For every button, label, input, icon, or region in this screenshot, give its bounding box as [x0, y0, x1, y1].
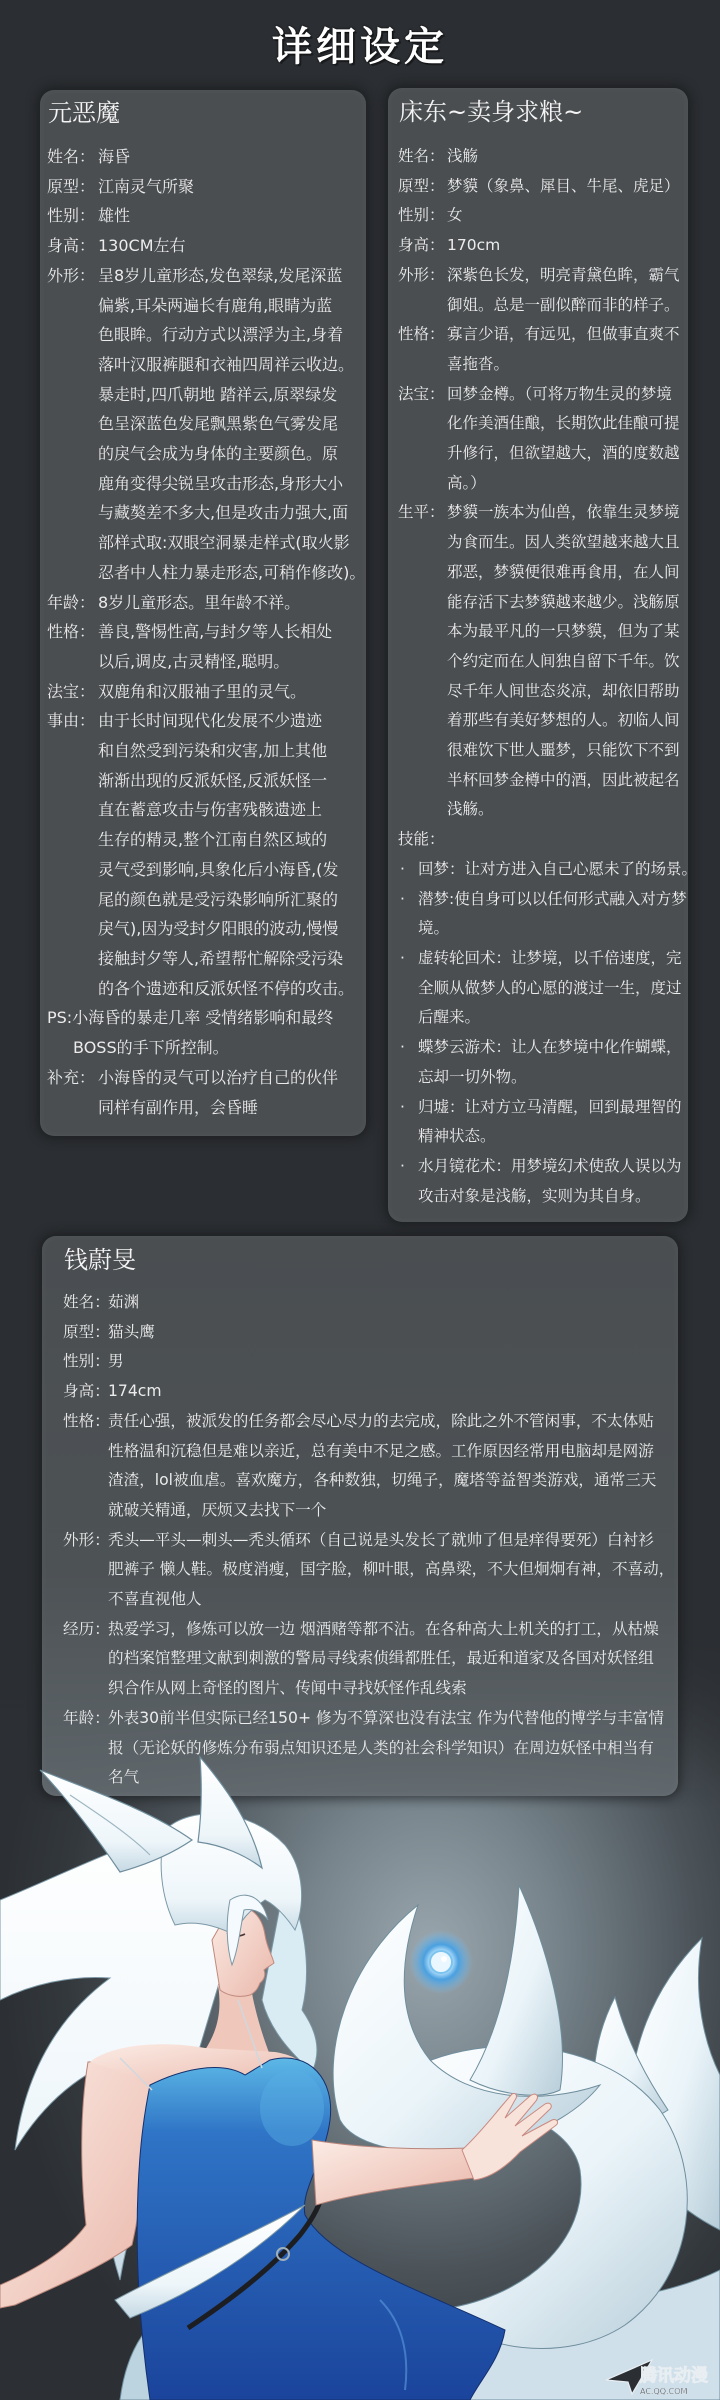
field-value: 秃头—平头—刺头—秃头循环（自己说是头发长了就帅了但是痒得要死）白衬衫 肥裤子 …	[108, 1526, 674, 1615]
field-row-treasure: 法宝：双鹿角和汉服袖子里的灵气。	[47, 677, 366, 707]
field-value: 深紫色长发，明亮青黛色眸，霸气 御姐。总是一副似醉而非的样子。	[447, 261, 680, 320]
bullet-icon: ·	[400, 885, 418, 944]
field-label: 外形：	[63, 1526, 108, 1615]
field-label: 姓名：	[398, 142, 447, 172]
field-value: 梦貘一族本为仙兽，依靠生灵梦境 为食而生。因人类欲望越来越大且 邪恶，梦貘便很难…	[447, 498, 680, 825]
field-row-gender: 性别：女	[398, 201, 688, 231]
field-value: 梦貘（象鼻、犀目、牛尾、虎足）	[447, 172, 680, 202]
field-label: 生平：	[398, 498, 447, 825]
field-value: 回梦金樽。（可将万物生灵的梦境 化作美酒佳酿，长期饮此佳酿可提 升修行，但欲望越…	[447, 380, 680, 499]
field-row-name: 姓名：海昏	[47, 142, 366, 172]
field-value: 174cm	[108, 1377, 162, 1407]
bullet-icon: ·	[400, 944, 418, 1033]
field-value: 由于长时间现代化发展不少遗迹 和自然受到污染和灾害,加上其他 渐渐出现的反派妖怪…	[98, 706, 354, 1003]
field-label: 原型：	[398, 172, 447, 202]
page-title: 详细设定	[0, 22, 720, 72]
field-label: 年龄：	[63, 1704, 108, 1793]
field-value: 外表30前半但实际已经150+ 修为不算深也没有法宝 作为代替他的博学与丰富情 …	[108, 1704, 664, 1793]
field-value: 170cm	[447, 231, 500, 261]
field-value: 浅觞	[447, 142, 478, 172]
field-label: 经历：	[63, 1615, 108, 1704]
field-row-appearance: 外形：秃头—平头—刺头—秃头循环（自己说是头发长了就帅了但是痒得要死）白衬衫 肥…	[63, 1526, 678, 1615]
field-value: 责任心强，被派发的任务都会尽心尽力的去完成，除此之外不管闲事，不太体贴 性格温和…	[108, 1407, 656, 1526]
field-value: 海昏	[98, 142, 130, 172]
field-row-appearance: 外形：呈8岁儿童形态,发色翠绿,发尾深蓝 偏紫,耳朵两遍长有鹿角,眼睛为蓝 色眼…	[47, 261, 366, 588]
character-card-chuang-dong: 床东~卖身求粮~ 姓名：浅觞 原型：梦貘（象鼻、犀目、牛尾、虎足） 性别：女 身…	[388, 88, 688, 1222]
field-value: 双鹿角和汉服袖子里的灵气。	[98, 677, 306, 707]
character-card-yuan-e-mo: 元恶魔 姓名：海昏 原型：江南灵气所聚 性别：雄性 身高：130CM左右 外形：…	[40, 90, 366, 1136]
field-label: 性格：	[398, 320, 447, 379]
field-label: 身高：	[398, 231, 447, 261]
field-row-name: 姓名：茹渊	[63, 1288, 678, 1318]
skill-item: ·蝶梦云游术：让人在梦境中化作蝴蝶， 忘却一切外物。	[400, 1033, 688, 1092]
field-row-life-story: 生平：梦貘一族本为仙兽，依靠生灵梦境 为食而生。因人类欲望越来越大且 邪恶，梦貘…	[398, 498, 688, 825]
field-row-backstory: 事由：由于长时间现代化发展不少遗迹 和自然受到污染和灾害,加上其他 渐渐出现的反…	[47, 706, 366, 1003]
field-label: 姓名：	[63, 1288, 108, 1318]
field-label: 性别：	[47, 201, 98, 231]
skill-text: 归墟：让对方立马清醒，回到最理智的 精神状态。	[418, 1093, 682, 1152]
field-row-gender: 性别：男	[63, 1347, 678, 1377]
skill-item: ·归墟：让对方立马清醒，回到最理智的 精神状态。	[400, 1093, 688, 1152]
field-row-name: 姓名：浅觞	[398, 142, 688, 172]
field-value: 男	[108, 1347, 124, 1377]
field-value: 茹渊	[108, 1288, 139, 1318]
field-row-age: 年龄：8岁儿童形态。里年龄不祥。	[47, 588, 366, 618]
field-label: 年龄：	[47, 588, 98, 618]
field-label: 外形：	[47, 261, 98, 588]
field-value: 小海昏的灵气可以治疗自己的伙伴 同样有副作用，会昏睡	[98, 1063, 338, 1122]
character-title: 床东~卖身求粮~	[398, 90, 688, 134]
field-list: 姓名：浅觞 原型：梦貘（象鼻、犀目、牛尾、虎足） 性别：女 身高：170cm 外…	[398, 142, 688, 1211]
bullet-icon: ·	[400, 1152, 418, 1211]
field-row-height: 身高：170cm	[398, 231, 688, 261]
field-row-personality: 性格：寡言少语，有远见，但做事直爽不 喜拖沓。	[398, 320, 688, 379]
skill-item: ·虚转轮回术：让梦境，以千倍速度，完 全顺从做梦人的心愿的渡过一生，度过 后醒来…	[400, 944, 688, 1033]
field-row-height: 身高：174cm	[63, 1377, 678, 1407]
field-label: 外形：	[398, 261, 447, 320]
ps-note: PS:小海昏的暴走几率 受情绪影响和最终 BOSS的手下所控制。	[47, 1003, 366, 1062]
field-value: 江南灵气所聚	[98, 172, 194, 202]
field-label: 性别：	[398, 201, 447, 231]
field-list: 姓名：茹渊 原型：猫头鹰 性别：男 身高：174cm 性格：责任心强，被派发的任…	[63, 1288, 678, 1793]
field-label: 原型：	[63, 1318, 108, 1348]
field-value: 130CM左右	[98, 231, 186, 261]
bullet-icon: ·	[400, 855, 418, 885]
field-row-personality: 性格：善良,警惕性高,与封夕等人长相处 以后,调皮,古灵精怪,聪明。	[47, 617, 366, 676]
skill-item: ·回梦：让对方进入自己心愿未了的场景。	[400, 855, 688, 885]
character-title: 钱蔚旻	[63, 1238, 678, 1282]
field-list: 姓名：海昏 原型：江南灵气所聚 性别：雄性 身高：130CM左右 外形：呈8岁儿…	[47, 142, 366, 1122]
field-value: 猫头鹰	[108, 1318, 155, 1348]
field-row-gender: 性别：雄性	[47, 201, 366, 231]
bullet-icon: ·	[400, 1033, 418, 1092]
field-row-height: 身高：130CM左右	[47, 231, 366, 261]
skills-heading: 技能：	[398, 825, 688, 855]
field-value: 寡言少语，有远见，但做事直爽不 喜拖沓。	[447, 320, 680, 379]
field-label: 性格：	[63, 1407, 108, 1526]
field-value: 呈8岁儿童形态,发色翠绿,发尾深蓝 偏紫,耳朵两遍长有鹿角,眼睛为蓝 色眼眸。行…	[98, 261, 365, 588]
field-label: 补充：	[47, 1063, 98, 1122]
field-value: 善良,警惕性高,与封夕等人长相处 以后,调皮,古灵精怪,聪明。	[98, 617, 332, 676]
field-label: 性格：	[47, 617, 98, 676]
field-value: 雄性	[98, 201, 130, 231]
bullet-icon: ·	[400, 1093, 418, 1152]
field-value: 8岁儿童形态。里年龄不祥。	[98, 588, 300, 618]
field-row-supplement: 补充：小海昏的灵气可以治疗自己的伙伴 同样有副作用，会昏睡	[47, 1063, 366, 1122]
field-label: 身高：	[63, 1377, 108, 1407]
field-label: 法宝：	[47, 677, 98, 707]
skill-text: 回梦：让对方进入自己心愿未了的场景。	[418, 855, 697, 885]
field-label: 原型：	[47, 172, 98, 202]
field-label: 性别：	[63, 1347, 108, 1377]
field-value: 女	[447, 201, 463, 231]
skill-text: 蝶梦云游术：让人在梦境中化作蝴蝶， 忘却一切外物。	[418, 1033, 682, 1092]
field-row-experience: 经历：热爱学习，修炼可以放一边 烟酒赌等都不沾。在各种高大上机关的打工，从枯燥 …	[63, 1615, 678, 1704]
field-row-prototype: 原型：江南灵气所聚	[47, 172, 366, 202]
field-row-prototype: 原型：梦貘（象鼻、犀目、牛尾、虎足）	[398, 172, 688, 202]
field-row-age: 年龄：外表30前半但实际已经150+ 修为不算深也没有法宝 作为代替他的博学与丰…	[63, 1704, 678, 1793]
field-row-appearance: 外形：深紫色长发，明亮青黛色眸，霸气 御姐。总是一副似醉而非的样子。	[398, 261, 688, 320]
field-row-prototype: 原型：猫头鹰	[63, 1318, 678, 1348]
skill-text: 潜梦:使自身可以以任何形式融入对方梦 境。	[418, 885, 687, 944]
field-label: 身高：	[47, 231, 98, 261]
skill-item: ·潜梦:使自身可以以任何形式融入对方梦 境。	[400, 885, 688, 944]
field-value: 热爱学习，修炼可以放一边 烟酒赌等都不沾。在各种高大上机关的打工，从枯燥 的档案…	[108, 1615, 659, 1704]
character-card-qian-wei-min: 钱蔚旻 姓名：茹渊 原型：猫头鹰 性别：男 身高：174cm 性格：责任心强，被…	[42, 1236, 678, 1796]
skill-text: 虚转轮回术：让梦境，以千倍速度，完 全顺从做梦人的心愿的渡过一生，度过 后醒来。	[418, 944, 682, 1033]
field-row-personality: 性格：责任心强，被派发的任务都会尽心尽力的去完成，除此之外不管闲事，不太体贴 性…	[63, 1407, 678, 1526]
field-row-treasure: 法宝：回梦金樽。（可将万物生灵的梦境 化作美酒佳酿，长期饮此佳酿可提 升修行，但…	[398, 380, 688, 499]
field-label: 姓名：	[47, 142, 98, 172]
character-title: 元恶魔	[47, 92, 366, 134]
field-label: 事由：	[47, 706, 98, 1003]
skill-text: 水月镜花术：用梦境幻术使敌人误以为 攻击对象是浅觞，实则为其自身。	[418, 1152, 682, 1211]
skill-item: ·水月镜花术：用梦境幻术使敌人误以为 攻击对象是浅觞，实则为其自身。	[400, 1152, 688, 1211]
field-label: 法宝：	[398, 380, 447, 499]
